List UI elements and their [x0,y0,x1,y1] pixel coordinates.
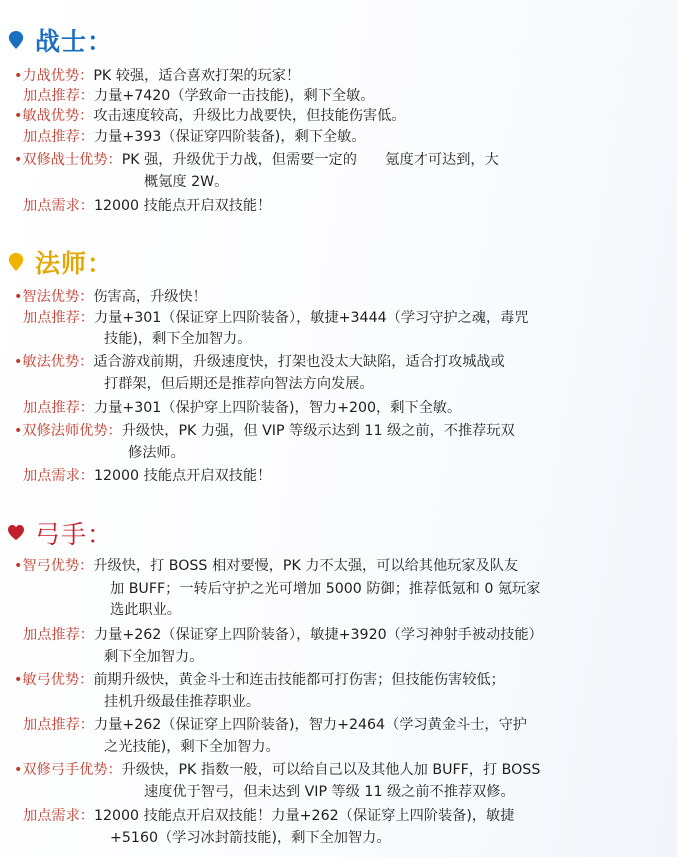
map-pin-icon [8,31,24,49]
row-label: 敏弓优势： [22,670,93,691]
section-title: 战士： [35,22,113,58]
row-label: 双修战士优势： [22,150,121,171]
row-value: 12000 技能点开启双技能！ [94,196,271,217]
row-value-continued: 选此职业。 [110,600,181,621]
row-value: 力量+301（保证穿上四阶装备），敏捷+3444（学习守护之魂，毒咒 [94,308,529,329]
info-row: 加点推荐： 力量+393（保证穿四阶装备)，剩下全敏。 [14,127,365,148]
row-value-continued: 打群架，但后期还是推荐向智法方向发展。 [104,374,374,395]
bullet: • [14,66,22,87]
info-row: • 双修法师优势： 升级快，PK 力强，但 VIP 等级示达到 11 级之前，不… [14,421,515,442]
row-value: 升级快，PK 指数一般，可以给自己以及其他人加 BUFF，打 BOSS [122,760,541,781]
row-label: 敏战优势： [22,106,93,127]
row-label: 敏法优势： [22,352,93,373]
info-row: 加点推荐： 力量+301（保证穿上四阶装备），敏捷+3444（学习守护之魂，毒咒 [14,308,529,329]
section-title: 弓手： [35,515,113,551]
row-value-continued: +5160（学习冰封箭技能)，剩下全加智力。 [110,828,391,849]
row-label: 加点推荐： [14,308,94,329]
row-value: 12000 技能点开启双技能！力量+262（保证穿上四阶装备)，敏捷 [94,806,514,827]
row-label: 智弓优势： [22,556,93,577]
info-row: 加点需求： 12000 技能点开启双技能！ [14,196,271,217]
row-value: 前期升级快，黄金斗士和连击技能都可打伤害；但技能伤害较低； [93,670,504,691]
bullet: • [14,106,22,127]
map-pin-icon [8,253,24,271]
row-value-continued: 加 BUFF；一转后守护之光可增加 5000 防御；推荐低氪和 0 氪玩家 [110,579,540,600]
row-value: 力量+262（保证穿上四阶装备)，智力+2464（学习黄金斗士，守护 [94,715,527,736]
row-label: 加点推荐： [14,625,94,646]
row-value-continued: 修法师。 [128,443,185,464]
row-label: 加点推荐： [14,398,94,419]
info-row: • 智弓优势： 升级快，打 BOSS 相对要慢，PK 力不太强，可以给其他玩家及… [14,556,518,577]
row-value: PK 强，升级优于力战，但需要一定的 氪度才可达到，大 [122,150,499,171]
row-value-continued: 技能)，剩下全加智力。 [104,329,251,350]
row-value: 升级快，打 BOSS 相对要慢，PK 力不太强，可以给其他玩家及队友 [93,556,518,577]
bullet: • [14,352,22,373]
section-heading-mage: 法师： [8,244,113,280]
row-value: 适合游戏前期，升级速度快，打架也没太大缺陷，适合打攻城战或 [93,352,504,373]
bullet: • [14,287,22,308]
row-label: 加点推荐： [14,127,94,148]
row-value: PK 较强，适合喜欢打架的玩家！ [93,66,300,87]
row-value-continued: 速度优于智弓，但未达到 VIP 等级 11 级之前不推荐双修。 [144,782,515,803]
section-title: 法师： [35,244,113,280]
section-heading-warrior: 战士： [8,22,113,58]
info-row: 加点需求： 12000 技能点开启双技能！ [14,466,271,487]
row-value-continued: 剩下全加智力。 [104,647,203,668]
info-row: 加点需求： 12000 技能点开启双技能！力量+262（保证穿上四阶装备)，敏捷 [14,806,514,827]
row-value: 力量+301（保护穿上四阶装备)，智力+200，剩下全敏。 [94,398,461,419]
bullet: • [14,760,22,781]
info-row: • 敏法优势： 适合游戏前期，升级速度快，打架也没太大缺陷，适合打攻城战或 [14,352,505,373]
bullet: • [14,150,22,171]
row-value: 力量+393（保证穿四阶装备)，剩下全敏。 [94,127,366,148]
row-label: 加点推荐： [14,715,94,736]
row-label: 智法优势： [22,287,93,308]
info-row: • 敏战优势： 攻击速度较高，升级比力战要快，但技能伤害低。 [14,106,405,127]
row-label: 加点需求： [14,806,94,827]
info-row: • 双修弓手优势： 升级快，PK 指数一般，可以给自己以及其他人加 BUFF，打… [14,760,540,781]
row-value: 攻击速度较高，升级比力战要快，但技能伤害低。 [93,106,405,127]
info-row: 加点推荐： 力量+7420（学致命一击技能)，剩下全敏。 [14,86,374,107]
row-label: 双修法师优势： [22,421,121,442]
row-value-continued: 概氪度 2W。 [144,172,228,193]
row-value: 力量+7420（学致命一击技能)，剩下全敏。 [94,86,375,107]
bullet: • [14,421,22,442]
info-row: • 敏弓优势： 前期升级快，黄金斗士和连击技能都可打伤害；但技能伤害较低； [14,670,505,691]
row-label: 加点需求： [14,196,94,217]
row-value: 升级快，PK 力强，但 VIP 等级示达到 11 级之前，不推荐玩双 [122,421,515,442]
heart-icon [8,524,24,542]
bullet: • [14,670,22,691]
row-value-continued: 挂机升级最佳推荐职业。 [104,692,260,713]
row-label: 力战优势： [22,66,93,87]
info-row: 加点推荐： 力量+262（保证穿上四阶装备），敏捷+3920（学习神射手被动技能… [14,625,543,646]
info-row: 加点推荐： 力量+301（保护穿上四阶装备)，智力+200，剩下全敏。 [14,398,461,419]
info-row: • 力战优势： PK 较强，适合喜欢打架的玩家！ [14,66,300,87]
info-row: • 智法优势： 伤害高，升级快！ [14,287,207,308]
row-value: 12000 技能点开启双技能！ [94,466,271,487]
info-row: • 双修战士优势： PK 强，升级优于力战，但需要一定的 氪度才可达到，大 [14,150,499,171]
row-label: 加点需求： [14,466,94,487]
row-label: 双修弓手优势： [22,760,121,781]
info-row: 加点推荐： 力量+262（保证穿上四阶装备)，智力+2464（学习黄金斗士，守护 [14,715,527,736]
row-value-continued: 之光技能)，剩下全加智力。 [104,737,280,758]
row-value: 力量+262（保证穿上四阶装备），敏捷+3920（学习神射手被动技能） [94,625,543,646]
row-label: 加点推荐： [14,86,94,107]
section-heading-archer: 弓手： [8,515,113,551]
row-value: 伤害高，升级快！ [93,287,207,308]
bullet: • [14,556,22,577]
